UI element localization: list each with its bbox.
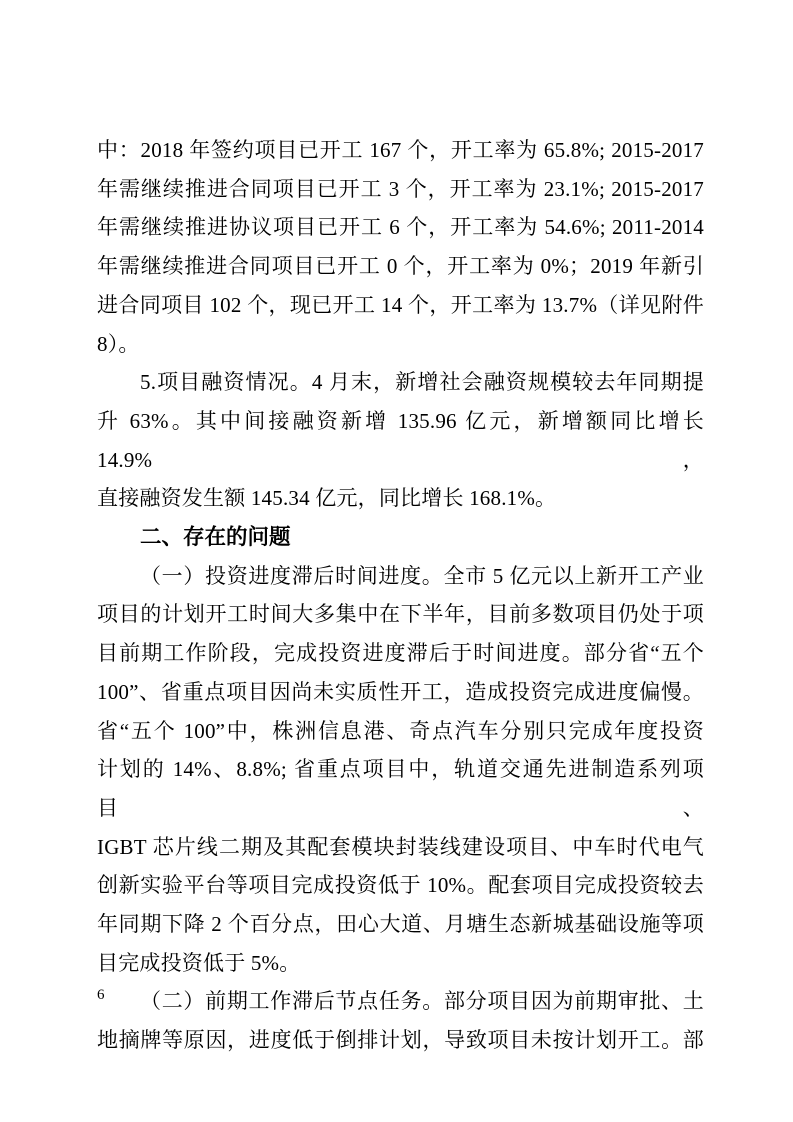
text-line: 年同期下降 2 个百分点，田心大道、月塘生态新城基础设施等项: [97, 905, 704, 944]
text-run: 部分项目因为前期审批、土: [444, 989, 704, 1013]
text-line: 计划的 14%、8.8%; 省重点项目中，轨道交通先进制造系列项目、: [97, 750, 704, 827]
text-line: 地摘牌等原因，进度低于倒排计划，导致项目未按计划开工。部: [97, 1021, 704, 1060]
text-line: 100”、省重点项目因尚未实质性开工，造成投资完成进度偏慢。: [97, 673, 704, 712]
text-line: 进合同项目 102 个，现已开工 14 个，开工率为 13.7%（详见附件: [97, 286, 704, 325]
text-line: 项目的计划开工时间大多集中在下半年，目前多数项目仍处于项: [97, 595, 704, 634]
document-page: 中：2018 年签约项目已开工 167 个，开工率为 65.8%; 2015-2…: [0, 0, 793, 1122]
text-line: 目前期工作阶段，完成投资进度滞后于时间进度。部分省“五个: [97, 634, 704, 673]
document-content: 中：2018 年签约项目已开工 167 个，开工率为 65.8%; 2015-2…: [97, 131, 704, 1060]
text-line: 升 63%。其中间接融资新增 135.96 亿元，新增额同比增长 14.9%，: [97, 402, 704, 479]
clause-heading-issue-1: （一）投资进度滞后时间进度。: [140, 564, 443, 588]
text-line: 中：2018 年签约项目已开工 167 个，开工率为 65.8%; 2015-2…: [97, 131, 704, 170]
text-line: 年需继续推进合同项目已开工 3 个，开工率为 23.1%; 2015-2017: [97, 170, 704, 209]
clause-heading-issue-2: （二）前期工作滞后节点任务。: [140, 989, 444, 1013]
text-line: 创新实验平台等项目完成投资低于 10%。配套项目完成投资较去: [97, 866, 704, 905]
clause-heading-financing: 5.项目融资情况。: [140, 370, 312, 394]
paragraph-issue-preliminary-work: （二）前期工作滞后节点任务。部分项目因为前期审批、土 地摘牌等原因，进度低于倒排…: [97, 982, 704, 1059]
page-number: 6: [97, 985, 105, 1005]
text-line: （一）投资进度滞后时间进度。全市 5 亿元以上新开工产业: [97, 557, 704, 596]
text-run: 全市 5 亿元以上新开工产业: [443, 564, 704, 588]
text-line: （二）前期工作滞后节点任务。部分项目因为前期审批、土: [97, 982, 704, 1021]
text-line: IGBT 芯片线二期及其配套模块封装线建设项目、中车时代电气: [97, 828, 704, 867]
paragraph-project-financing: 5.项目融资情况。4 月末，新增社会融资规模较去年同期提 升 63%。其中间接融…: [97, 363, 704, 518]
text-line: 目完成投资低于 5%。: [97, 944, 704, 983]
text-line: 8）。: [97, 325, 704, 364]
paragraph-project-starts: 中：2018 年签约项目已开工 167 个，开工率为 65.8%; 2015-2…: [97, 131, 704, 363]
section-heading-problems: 二、存在的问题: [97, 518, 704, 557]
text-line: 5.项目融资情况。4 月末，新增社会融资规模较去年同期提: [97, 363, 704, 402]
text-line: 直接融资发生额 145.34 亿元，同比增长 168.1%。: [97, 479, 704, 518]
text-line: 年需继续推进合同项目已开工 0 个，开工率为 0%；2019 年新引: [97, 247, 704, 286]
text-line: 省“五个 100”中，株洲信息港、奇点汽车分别只完成年度投资: [97, 712, 704, 751]
text-line: 年需继续推进协议项目已开工 6 个，开工率为 54.6%; 2011-2014: [97, 208, 704, 247]
paragraph-issue-investment-progress: （一）投资进度滞后时间进度。全市 5 亿元以上新开工产业 项目的计划开工时间大多…: [97, 557, 704, 983]
text-run: 4 月末，新增社会融资规模较去年同期提: [312, 370, 704, 394]
